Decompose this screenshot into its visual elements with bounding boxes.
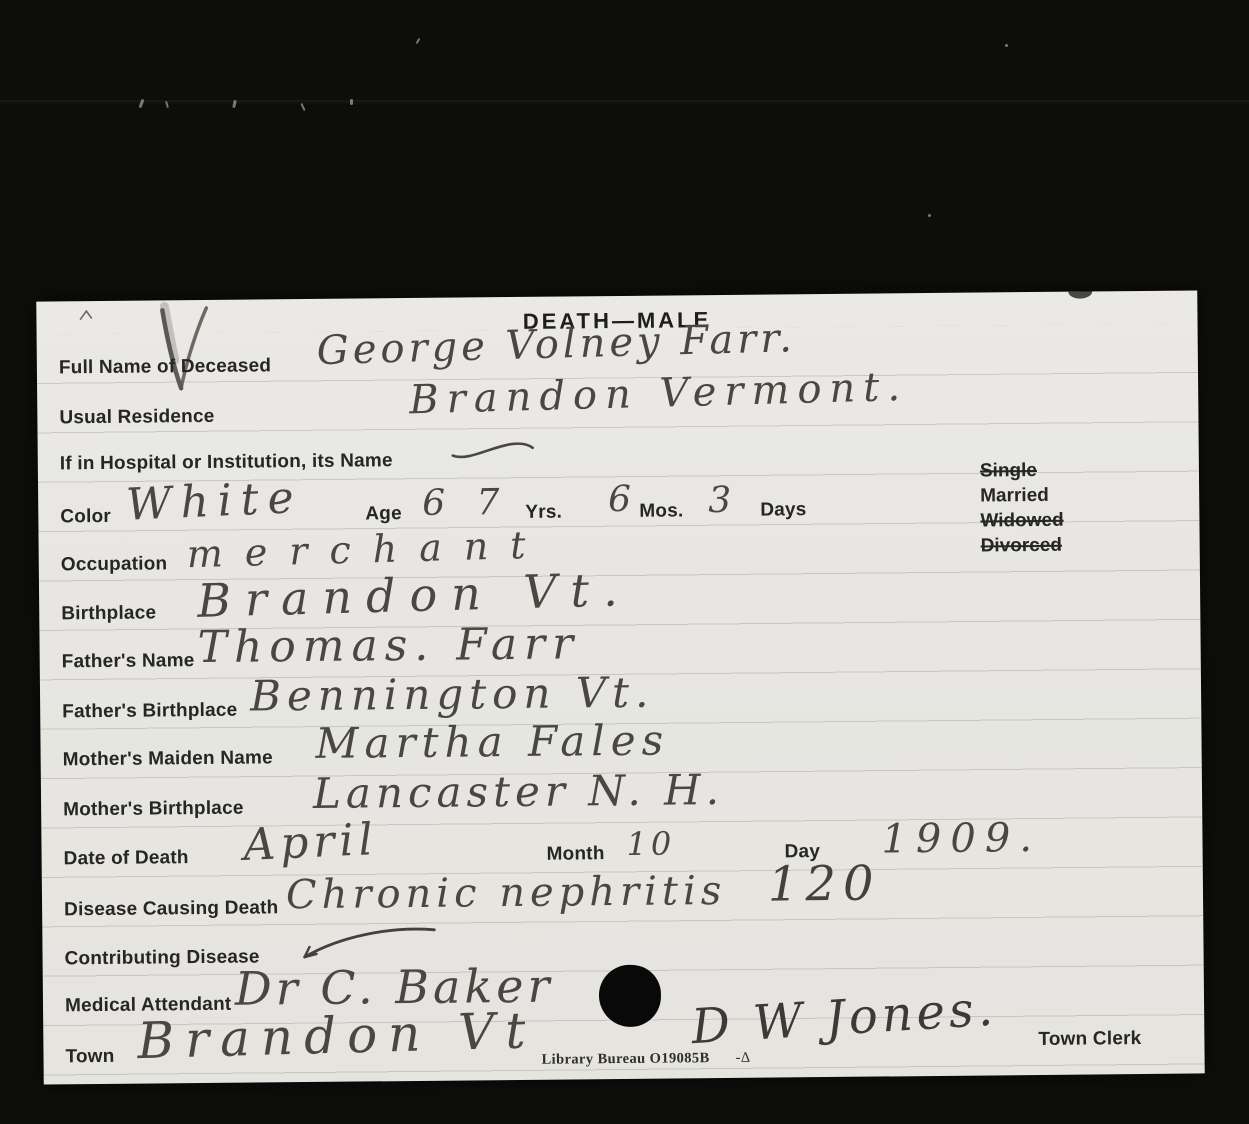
birthplace-label: Birthplace — [61, 602, 156, 625]
usual-residence-value: Brandon Vermont. — [409, 367, 909, 420]
fathers-name-value: Thomas. Farr — [197, 622, 580, 670]
color-label: Color — [60, 506, 111, 528]
marital-option-married: Married — [980, 483, 1073, 509]
contributing-disease-label: Contributing Disease — [64, 946, 259, 970]
age-years-value: 6 7 — [422, 485, 510, 522]
marital-option-widowed: Widowed — [980, 508, 1073, 534]
disease-value: Chronic nephritis — [286, 871, 727, 915]
town-clerk-label: Town Clerk — [1038, 1028, 1141, 1051]
fathers-birthplace-label: Father's Birthplace — [62, 700, 237, 724]
birthplace-value: Brandon Vt. — [197, 566, 633, 624]
hole-punch — [599, 965, 662, 1028]
scan-speck — [350, 99, 353, 105]
hospital-label: If in Hospital or Institution, its Name — [60, 450, 393, 475]
mothers-birthplace-label: Mother's Birthplace — [63, 798, 244, 822]
death-month-value: April — [243, 818, 379, 868]
handwritten-check-icon — [450, 437, 536, 464]
imprint-text: Library Bureau O19085B — [541, 1050, 709, 1068]
marital-option-single: Single — [980, 458, 1073, 484]
scan-speck — [1005, 44, 1008, 47]
mos-label: Mos. — [639, 500, 683, 522]
town-value: Brandon Vt — [137, 1005, 537, 1066]
fathers-name-label: Father's Name — [62, 650, 195, 673]
color-value: White — [125, 476, 303, 528]
death-year-value: 1909. — [881, 818, 1041, 860]
full-name-label: Full Name of Deceased — [59, 355, 271, 379]
town-label: Town — [65, 1046, 114, 1068]
full-name-value: George Volney Farr. — [316, 318, 796, 371]
scan-speck — [416, 38, 421, 44]
death-day-value: 10 — [626, 827, 675, 859]
disease-label: Disease Causing Death — [64, 897, 279, 921]
date-of-death-label: Date of Death — [64, 847, 189, 870]
mothers-maiden-name-value: Martha Fales — [315, 720, 669, 765]
fathers-birthplace-value: Bennington Vt. — [250, 672, 655, 718]
mothers-birthplace-value: Lancaster N. H. — [313, 769, 724, 815]
days-label: Days — [760, 499, 806, 521]
age-label: Age — [365, 503, 402, 525]
disease-number-value: 120 — [768, 860, 881, 909]
mothers-maiden-name-label: Mother's Maiden Name — [63, 747, 273, 771]
handwritten-check-arrow-icon — [294, 920, 442, 965]
marital-status-list: Single Married Widowed Divorced — [980, 458, 1074, 559]
month-label: Month — [546, 843, 604, 866]
scanned-death-record: DEATH—MALE Full Name of Deceased George … — [0, 0, 1249, 1124]
edge-smudge — [1068, 290, 1092, 298]
yrs-label: Yrs. — [525, 502, 562, 524]
scan-seam — [0, 100, 1249, 106]
usual-residence-label: Usual Residence — [59, 406, 214, 429]
scan-speck — [928, 214, 931, 217]
clerk-signature: D W Jones. — [690, 984, 998, 1051]
age-days-value: 3 — [708, 483, 731, 519]
occupation-label: Occupation — [61, 553, 168, 576]
death-record-card: DEATH—MALE Full Name of Deceased George … — [36, 290, 1204, 1084]
marital-option-divorced: Divorced — [981, 533, 1074, 559]
age-months-value: 6 — [608, 482, 631, 518]
